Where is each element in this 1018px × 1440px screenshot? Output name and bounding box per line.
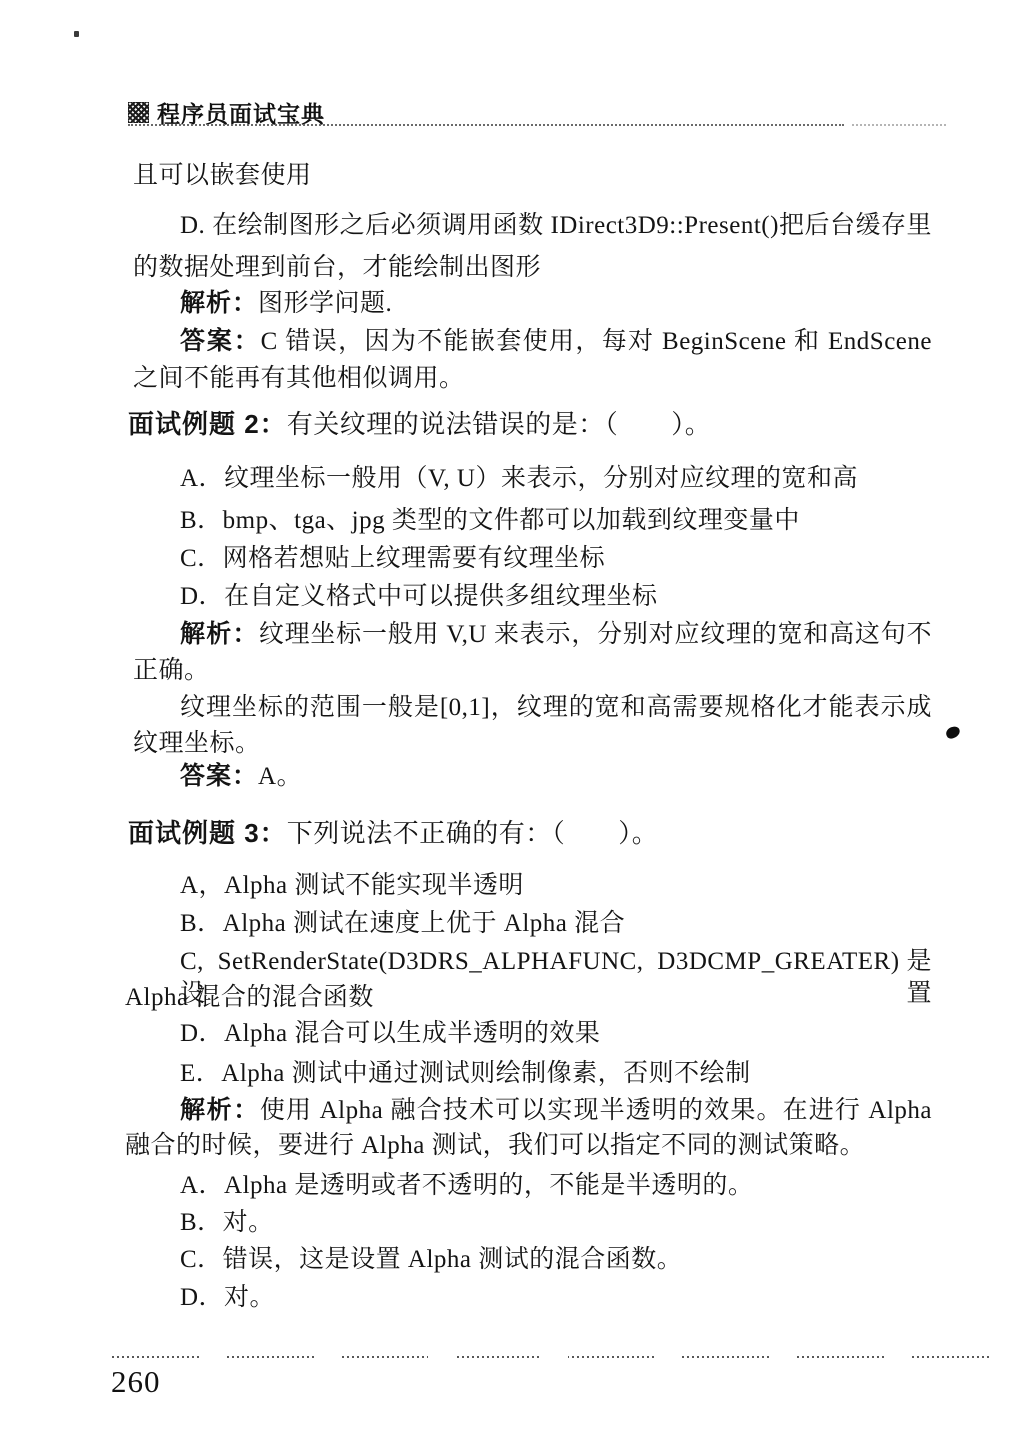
line-text: C 错误，因为不能嵌套使用，每对 BeginScene 和 EndScene	[261, 328, 932, 355]
line-text: A．Alpha 是透明或者不透明的，不能是半透明的。	[180, 1172, 753, 1199]
q3-option-a: A，Alpha 测试不能实现半透明	[180, 870, 524, 902]
line-text: D．在自定义格式中可以提供多组纹理坐标	[180, 583, 658, 610]
line-text: C．错误，这是设置 Alpha 测试的混合函数。	[180, 1246, 682, 1273]
q3-explain-a: A．Alpha 是透明或者不透明的，不能是半透明的。	[180, 1170, 753, 1202]
line-text: 图形学问题.	[258, 290, 392, 317]
line-text: 纹理坐标。	[133, 730, 261, 757]
line-text: 正确。	[133, 657, 210, 684]
question-label: 面试例题 2：	[128, 409, 287, 439]
line-text: 纹理坐标一般用 V,U 来表示，分别对应纹理的宽和高这句不	[259, 621, 932, 648]
q1-answer-line1: 答案：C 错误，因为不能嵌套使用，每对 BeginScene 和 EndScen…	[180, 325, 932, 358]
scan-speck	[74, 31, 79, 37]
ink-speck	[945, 725, 962, 740]
line-text: Alpha 混合的混合函数	[125, 984, 374, 1011]
q1-option-d-line1: D. 在绘制图形之后必须调用函数 IDirect3D9::Present()把后…	[180, 210, 932, 242]
line-text: A。	[258, 763, 302, 790]
answer-label: 答案：	[180, 327, 261, 355]
q3-option-d: D．Alpha 混合可以生成半透明的效果	[180, 1018, 600, 1050]
question-2-heading: 面试例题 2：有关纹理的说法错误的是：（ ）。	[128, 408, 711, 441]
line-text: D. 在绘制图形之后必须调用函数 IDirect3D9::Present()把后…	[180, 212, 932, 239]
q3-explain-c: C．错误，这是设置 Alpha 测试的混合函数。	[180, 1244, 682, 1276]
line-text: 有关纹理的说法错误的是：（ ）。	[287, 410, 712, 439]
answer-label: 答案：	[180, 762, 258, 790]
line-text: D．Alpha 混合可以生成半透明的效果	[180, 1020, 600, 1047]
q3-option-c-line2: Alpha 混合的混合函数	[125, 982, 374, 1014]
footer-dotted-rule	[112, 1356, 992, 1358]
line-text: 纹理坐标的范围一般是[0,1]，纹理的宽和高需要规格化才能表示成	[180, 694, 932, 721]
header-dotted-rule	[128, 124, 844, 126]
q2-analysis-line1: 解析：纹理坐标一般用 V,U 来表示，分别对应纹理的宽和高这句不	[180, 618, 932, 651]
q3-analysis-line2: 融合的时候，要进行 Alpha 测试，我们可以指定不同的测试策略。	[125, 1130, 865, 1162]
q3-explain-b: B．对。	[180, 1207, 274, 1239]
page-number: 260	[111, 1364, 161, 1400]
q3-option-e: E．Alpha 测试中通过测试则绘制像素，否则不绘制	[180, 1058, 751, 1090]
line-text: 的数据处理到前台，才能绘制出图形	[133, 254, 541, 281]
q2-option-a: A．纹理坐标一般用（V, U）来表示，分别对应纹理的宽和高	[180, 463, 858, 495]
q1-analysis: 解析：图形学问题.	[180, 287, 392, 320]
q1-answer-line2: 之间不能再有其他相似调用。	[133, 363, 465, 395]
line-text: 使用 Alpha 融合技术可以实现半透明的效果。在进行 Alpha	[260, 1097, 932, 1124]
q2-analysis-line4: 纹理坐标。	[133, 728, 261, 760]
line-text: 融合的时候，要进行 Alpha 测试，我们可以指定不同的测试策略。	[125, 1132, 865, 1159]
q3-explain-d: D．对。	[180, 1282, 275, 1314]
line-text: D．对。	[180, 1284, 275, 1311]
analysis-label: 解析：	[180, 1096, 260, 1124]
line-text: B．bmp、tga、jpg 类型的文件都可以加载到纹理变量中	[180, 507, 800, 534]
line-text: B．对。	[180, 1209, 274, 1236]
paragraph-continuation: 且可以嵌套使用	[133, 160, 312, 192]
pattern-square-icon	[128, 102, 149, 123]
q3-option-b: B．Alpha 测试在速度上优于 Alpha 混合	[180, 908, 625, 940]
q2-option-c: C．网格若想贴上纹理需要有纹理坐标	[180, 543, 605, 575]
line-text: E．Alpha 测试中通过测试则绘制像素，否则不绘制	[180, 1060, 751, 1087]
line-text: C．网格若想贴上纹理需要有纹理坐标	[180, 545, 605, 572]
scanned-book-page: 程序员面试宝典 且可以嵌套使用 D. 在绘制图形之后必须调用函数 IDirect…	[0, 0, 1018, 1440]
analysis-label: 解析：	[180, 620, 259, 648]
analysis-label: 解析：	[180, 289, 258, 317]
q1-option-d-line2: 的数据处理到前台，才能绘制出图形	[133, 252, 541, 284]
q2-analysis-line2: 正确。	[133, 655, 210, 687]
q2-answer: 答案：A。	[180, 760, 302, 793]
line-text: B．Alpha 测试在速度上优于 Alpha 混合	[180, 910, 625, 937]
question-label: 面试例题 3：	[128, 818, 287, 848]
header-dotted-rule-faint	[852, 124, 946, 126]
q2-option-b: B．bmp、tga、jpg 类型的文件都可以加载到纹理变量中	[180, 505, 800, 537]
line-text: A，Alpha 测试不能实现半透明	[180, 872, 524, 899]
q2-option-d: D．在自定义格式中可以提供多组纹理坐标	[180, 581, 658, 613]
q3-analysis-line1: 解析：使用 Alpha 融合技术可以实现半透明的效果。在进行 Alpha	[180, 1094, 932, 1127]
line-text: 下列说法不正确的有：（ ）。	[287, 819, 659, 848]
line-text: A．纹理坐标一般用（V, U）来表示，分别对应纹理的宽和高	[180, 465, 858, 492]
q2-analysis-line3: 纹理坐标的范围一般是[0,1]，纹理的宽和高需要规格化才能表示成	[180, 692, 932, 724]
question-3-heading: 面试例题 3：下列说法不正确的有：（ ）。	[128, 817, 658, 850]
line-text: 之间不能再有其他相似调用。	[133, 365, 465, 392]
line-text: 且可以嵌套使用	[133, 162, 312, 189]
